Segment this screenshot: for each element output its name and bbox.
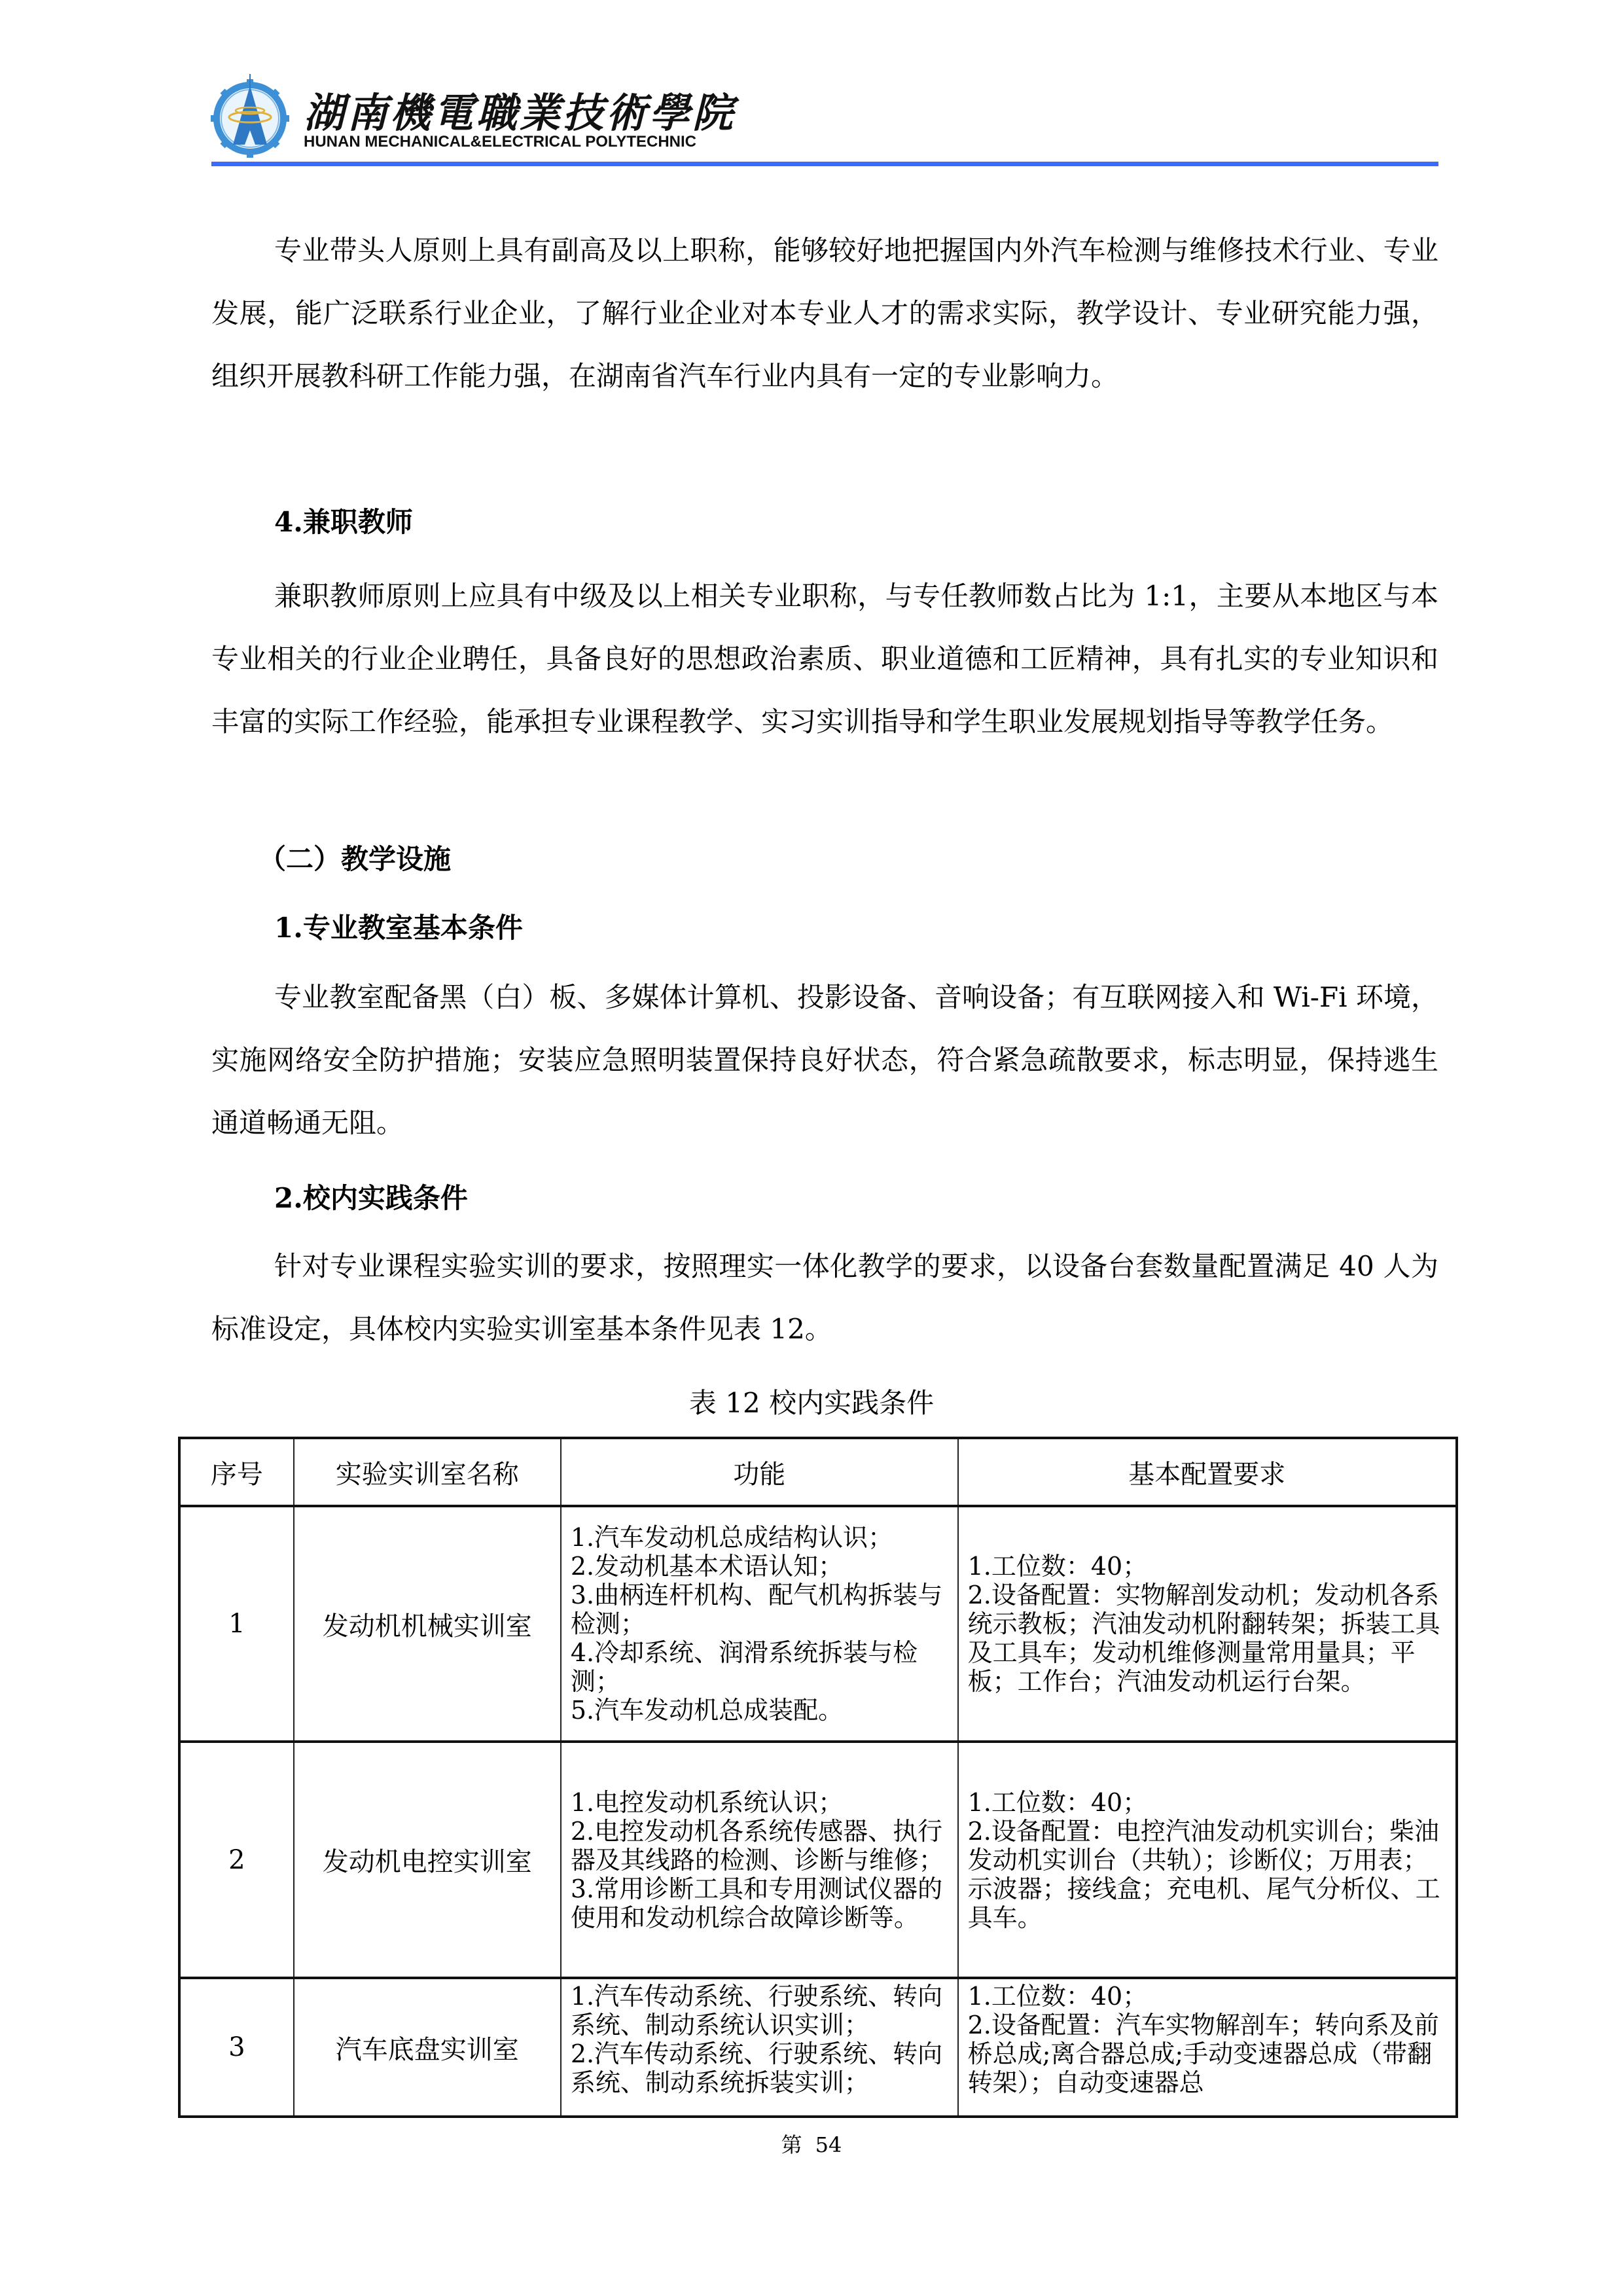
table-header-row: 序号 实验实训室名称 功能 基本配置要求 [179,1438,1457,1506]
paragraph-parttime: 兼职教师原则上应具有中级及以上相关专业职称，与专任教师数占比为 1:1，主要从本… [211,565,1438,753]
cell-config: 1.工位数：40； 2.设备配置：电控汽油发动机实训台；柴油发动机实训台（共轨）… [958,1742,1457,1978]
table-row: 1 发动机机械实训室 1.汽车发动机总成结构认识； 2.发动机基本术语认知； 3… [179,1506,1457,1742]
cell-no: 1 [179,1506,294,1742]
practice-conditions-table: 序号 实验实训室名称 功能 基本配置要求 1 发动机机械实训室 1.汽车发动机总… [178,1437,1458,2118]
page-number: 第54 [0,2128,1623,2159]
column-header-no: 序号 [179,1438,294,1506]
paragraph-text: 专业教室配备黑（白）板、多媒体计算机、投影设备、音响设备；有互联网接入和 Wi-… [211,966,1438,1155]
table-row: 2 发动机电控实训室 1.电控发动机系统认识； 2.电控发动机各系统传感器、执行… [179,1742,1457,1978]
function-item: 3.常用诊断工具和专用测试仪器的使用和发动机综合故障诊断等。 [571,1874,948,1932]
paragraph-practice: 针对专业课程实验实训的要求，按照理实一体化教学的要求，以设备台套数量配置满足 4… [211,1235,1438,1361]
page-header: 湖南機電職業技術學院 HUNAN MECHANICAL&ELECTRICAL P… [208,69,1438,160]
college-emblem-icon [208,74,292,158]
heading-parttime: 4.兼职教师 [274,491,413,554]
paragraph-text: 兼职教师原则上应具有中级及以上相关专业职称，与专任教师数占比为 1:1，主要从本… [211,565,1438,753]
config-item: 1.工位数：40； [968,1982,1446,2011]
paragraph-text: 专业带头人原则上具有副高及以上职称，能够较好地把握国内外汽车检测与维修技术行业、… [211,219,1438,408]
cell-config: 1.工位数：40； 2.设备配置：实物解剖发动机；发动机各系统示教板；汽油发动机… [958,1506,1457,1742]
header-rule [211,162,1438,166]
function-item: 3.曲柄连杆机构、配气机构拆装与检测； [571,1581,948,1638]
config-item: 2.设备配置：电控汽油发动机实训台；柴油发动机实训台（共轨）；诊断仪；万用表；示… [968,1817,1446,1932]
page-prefix: 第 [781,2132,802,2157]
cell-functions: 1.电控发动机系统认识； 2.电控发动机各系统传感器、执行器及其线路的检测、诊断… [561,1742,958,1978]
column-header-config: 基本配置要求 [958,1438,1457,1506]
column-header-name: 实验实训室名称 [294,1438,561,1506]
cell-functions: 1.汽车发动机总成结构认识； 2.发动机基本术语认知； 3.曲柄连杆机构、配气机… [561,1506,958,1742]
function-item: 5.汽车发动机总成装配。 [571,1696,948,1725]
heading-classroom: 1.专业教室基本条件 [274,897,523,960]
function-item: 2.电控发动机各系统传感器、执行器及其线路的检测、诊断与维修； [571,1817,948,1874]
cell-config: 1.工位数：40； 2.设备配置：汽车实物解剖车；转向系及前桥总成;离合器总成;… [958,1978,1457,2117]
config-item: 2.设备配置：汽车实物解剖车；转向系及前桥总成;离合器总成;手动变速器总成（带翻… [968,2011,1446,2097]
institution-name-cn: 湖南機電職業技術學院 [304,81,736,139]
cell-no: 3 [179,1978,294,2117]
paragraph-text: 针对专业课程实验实训的要求，按照理实一体化教学的要求，以设备台套数量配置满足 4… [211,1235,1438,1361]
function-item: 2.发动机基本术语认知； [571,1552,948,1581]
cell-name: 汽车底盘实训室 [294,1978,561,2117]
config-item: 1.工位数：40； [968,1788,1446,1817]
config-item: 2.设备配置：实物解剖发动机；发动机各系统示教板；汽油发动机附翻转架；拆装工具及… [968,1581,1446,1696]
function-item: 4.冷却系统、润滑系统拆装与检测； [571,1638,948,1696]
function-item: 1.汽车发动机总成结构认识； [571,1523,948,1552]
heading-facilities: （二）教学设施 [259,828,451,891]
cell-functions: 1.汽车传动系统、行驶系统、转向系统、制动系统认识实训； 2.汽车传动系统、行驶… [561,1978,958,2117]
paragraph-classroom: 专业教室配备黑（白）板、多媒体计算机、投影设备、音响设备；有互联网接入和 Wi-… [211,966,1438,1155]
column-header-function: 功能 [561,1438,958,1506]
config-item: 1.工位数：40； [968,1552,1446,1581]
cell-name: 发动机电控实训室 [294,1742,561,1978]
paragraph-leader: 专业带头人原则上具有副高及以上职称，能够较好地把握国内外汽车检测与维修技术行业、… [211,219,1438,408]
table-row: 3 汽车底盘实训室 1.汽车传动系统、行驶系统、转向系统、制动系统认识实训； 2… [179,1978,1457,2117]
institution-name-en: HUNAN MECHANICAL&ELECTRICAL POLYTECHNIC [304,133,696,151]
cell-name: 发动机机械实训室 [294,1506,561,1742]
cell-no: 2 [179,1742,294,1978]
document-page: 湖南機電職業技術學院 HUNAN MECHANICAL&ELECTRICAL P… [0,0,1623,2296]
heading-practice: 2.校内实践条件 [274,1167,468,1230]
function-item: 1.汽车传动系统、行驶系统、转向系统、制动系统认识实训； [571,1982,948,2039]
function-item: 2.汽车传动系统、行驶系统、转向系统、制动系统拆装实训； [571,2039,948,2097]
table-caption: 表 12 校内实践条件 [0,1384,1623,1423]
function-item: 1.电控发动机系统认识； [571,1788,948,1817]
page-number-value: 54 [815,2132,842,2157]
